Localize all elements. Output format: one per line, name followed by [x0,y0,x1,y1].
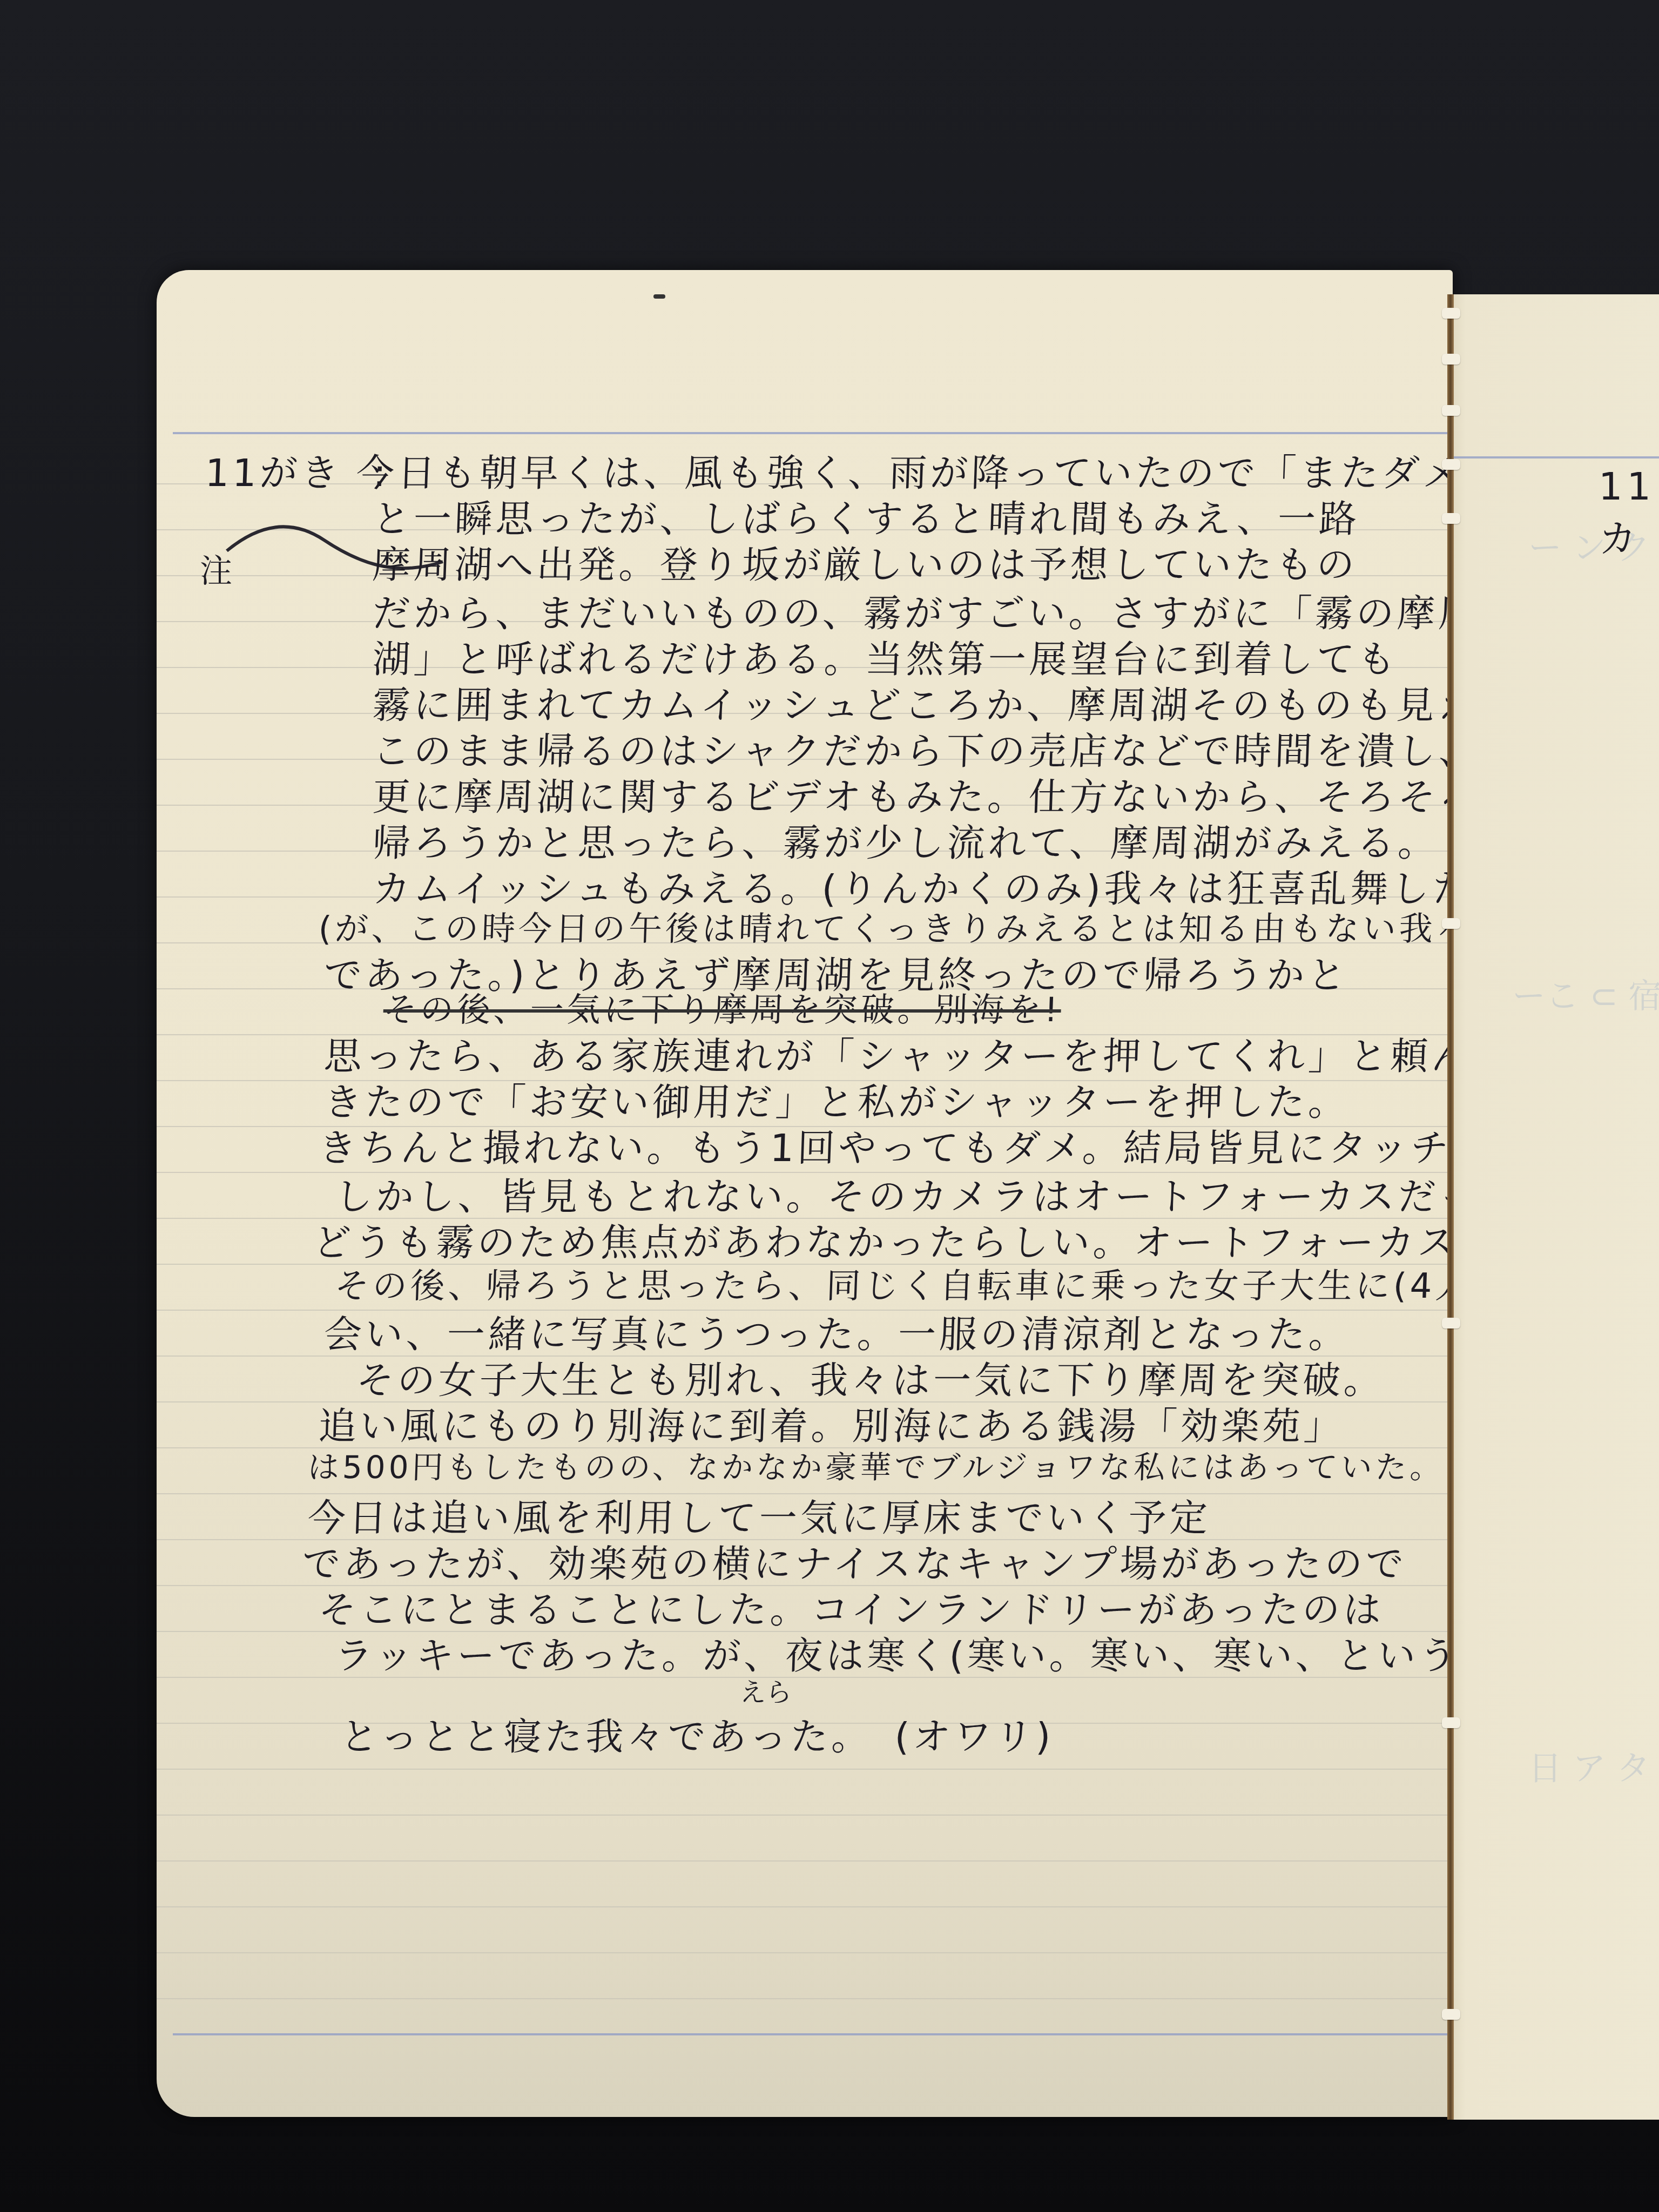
binding-stitch [1442,459,1460,470]
journal-line: (が、この時今日の午後は晴れてくっきりみえるとは知る由もない我々 [318,902,1473,950]
binding-stitch [1442,1318,1460,1328]
ruled-line [157,1952,1453,1953]
journal-line: ラッキーであった。が、夜は寒く(寒い。寒い、寒い、という) [334,1626,1479,1680]
struck-out-line: その後、一気に下り摩周を突破。別海を! [382,983,1062,1031]
right-notebook-page: ー ン ク ネ ーこ ⊂ 宿 く 日 ア タ [1447,294,1659,2120]
journal-line: 摩周湖へ出発。登り坂が厳しいのは予想していたもの [372,535,1359,589]
journal-line: は500円もしたものの、なかなか豪華でブルジョワな私にはあっていた。 [307,1442,1446,1487]
page-mark [653,294,665,299]
binding-stitch [1442,2009,1460,2020]
bottom-margin-rule [173,2033,1453,2035]
binding-stitch [1442,354,1460,365]
ruled-line [157,1998,1453,1999]
margin-note: 注 [200,545,232,592]
top-margin-rule [173,432,1453,434]
notebook-binding [1447,294,1454,2120]
binding-stitch [1442,405,1460,416]
journal-line: きちんと撮れない。もう1回やってもダメ。結局皆見にタッチ。 [318,1118,1491,1172]
ruled-line [157,1769,1453,1770]
bleed-through-text: ーこ ⊂ 宿 く [1512,969,1659,1017]
binding-stitch [1442,918,1460,929]
facing-page-date-label: 11カ [1599,464,1659,563]
ruled-line [157,1815,1453,1816]
journal-line: その後、帰ろうと思ったら、同じく自転車に乗った女子大生に(4人組) [334,1258,1528,1308]
ruby-annotation: えら [740,1671,792,1709]
left-notebook-page: 注 11がき : 今日も朝早くは、風も強く、雨が降っていたので「またダメか」 と… [157,270,1453,2117]
journal-line: とっとと寝た我々であった。 (オワリ) [339,1707,1055,1761]
ruled-line [157,1906,1453,1907]
binding-stitch [1442,513,1460,524]
binding-stitch [1442,308,1460,319]
top-margin-rule [1447,456,1659,458]
ruled-line [157,1860,1453,1862]
bleed-through-text: 日 ア タ [1528,1742,1650,1790]
binding-stitch [1442,1717,1460,1728]
